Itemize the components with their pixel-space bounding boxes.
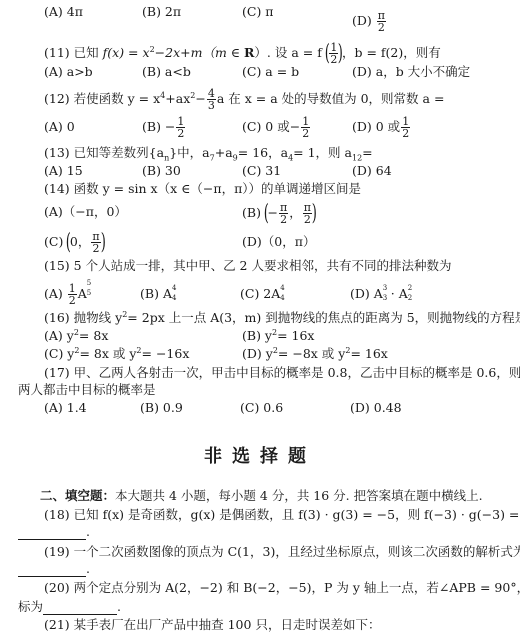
q12-option-d: (D) 0 或12 (352, 114, 411, 140)
q18-answer-line[interactable]: . (18, 524, 90, 540)
q15-option-a: (A) 12A55 (44, 281, 87, 307)
q14-option-a: (A)（−π，0） (44, 204, 127, 220)
q10-option-c: (C) π (242, 4, 274, 20)
q15-option-d: (D) A33 · A22 (350, 286, 408, 302)
q13-option-b: (B) 30 (142, 163, 181, 179)
q10-option-d: (D) π2 (352, 8, 387, 34)
q20-answer-line[interactable]: 标为. (18, 599, 121, 615)
q10-option-b: (B) 2π (142, 4, 181, 20)
q20-stem: (20) 两个定点分别为 A(2，−2) 和 B(−2，−5)，P 为 y 轴上… (44, 580, 520, 596)
q12-option-b: (B) −12 (142, 114, 186, 140)
q11-option-a: (A) a>b (44, 64, 93, 80)
q14-stem: (14) 函数 y = sin x（x ∈（−π，π））的单调递增区间是 (44, 181, 361, 197)
q12-option-c: (C) 0 或−12 (242, 114, 311, 140)
q10-option-a: (A) 4π (44, 4, 83, 20)
q16-stem: (16) 抛物线 y2= 2px 上一点 A(3，m) 到抛物线的焦点的距离为 … (44, 310, 520, 326)
q13-stem: (13) 已知等差数列{an}中，a7+a9= 16，a4= 1，则 a12= (44, 145, 373, 161)
q13-option-a: (A) 15 (44, 163, 83, 179)
q11-stem: (11) 已知 f(x) = x2−2x+m（m ∈ R）. 设 a = f (… (44, 40, 441, 66)
q13-option-d: (D) 64 (352, 163, 392, 179)
q14-option-c: (C) (0，π2) (44, 229, 104, 255)
q17-option-d: (D) 0.48 (350, 400, 402, 416)
q11-option-d: (D) a，b 大小不确定 (352, 64, 470, 80)
q17-option-c: (C) 0.6 (240, 400, 283, 416)
q17-option-a: (A) 1.4 (44, 400, 87, 416)
q16-option-a: (A) y2= 8x (44, 328, 108, 344)
q16-option-c: (C) y2= 8x 或 y2= −16x (44, 346, 189, 362)
q19-answer-line[interactable]: . (18, 561, 90, 577)
q16-option-b: (B) y2= 16x (242, 328, 314, 344)
q13-option-c: (C) 31 (242, 163, 281, 179)
q17-stem-line2: 两人都击中目标的概率是 (18, 382, 156, 398)
q19-stem: (19) 一个二次函数图像的顶点为 C(1，3)，且经过坐标原点，则该二次函数的… (44, 544, 520, 560)
q16-option-d: (D) y2= −8x 或 y2= 16x (242, 346, 388, 362)
q11-option-c: (C) a = b (242, 64, 299, 80)
q11-option-b: (B) a<b (142, 64, 191, 80)
q12-option-a: (A) 0 (44, 114, 75, 140)
q15-option-c: (C) 2A44 (240, 286, 280, 302)
q14-option-d: (D)（0，π） (242, 234, 315, 250)
section2-intro: 二、填空题：本大题共 4 小题，每小题 4 分，共 16 分. 把答案填在题中横… (40, 488, 483, 504)
q17-option-b: (B) 0.9 (140, 400, 183, 416)
fraction: π2 (377, 10, 386, 33)
q17-stem-line1: (17) 甲、乙两人各射击一次，甲击中目标的概率是 0.8，乙击中目标的概率是 … (44, 365, 520, 381)
q18-stem: (18) 已知 f(x) 是奇函数，g(x) 是偶函数，且 f(3) · g(3… (44, 507, 519, 523)
q15-option-b: (B) A44 (140, 286, 172, 302)
section-heading: 非选择题 (0, 442, 520, 468)
q14-option-b: (B) (−π2，π2) (242, 200, 316, 226)
q12-stem: (12) 若使函数 y = x4+ax2−43a 在 x = a 处的导数值为 … (44, 86, 444, 112)
q15-stem: (15) 5 个人站成一排，其中甲、乙 2 人要求相邻，共有不同的排法种数为 (44, 258, 451, 274)
q21-stem: (21) 某手表厂在出厂产品中抽查 100 只，日走时误差如下： (44, 617, 380, 632)
